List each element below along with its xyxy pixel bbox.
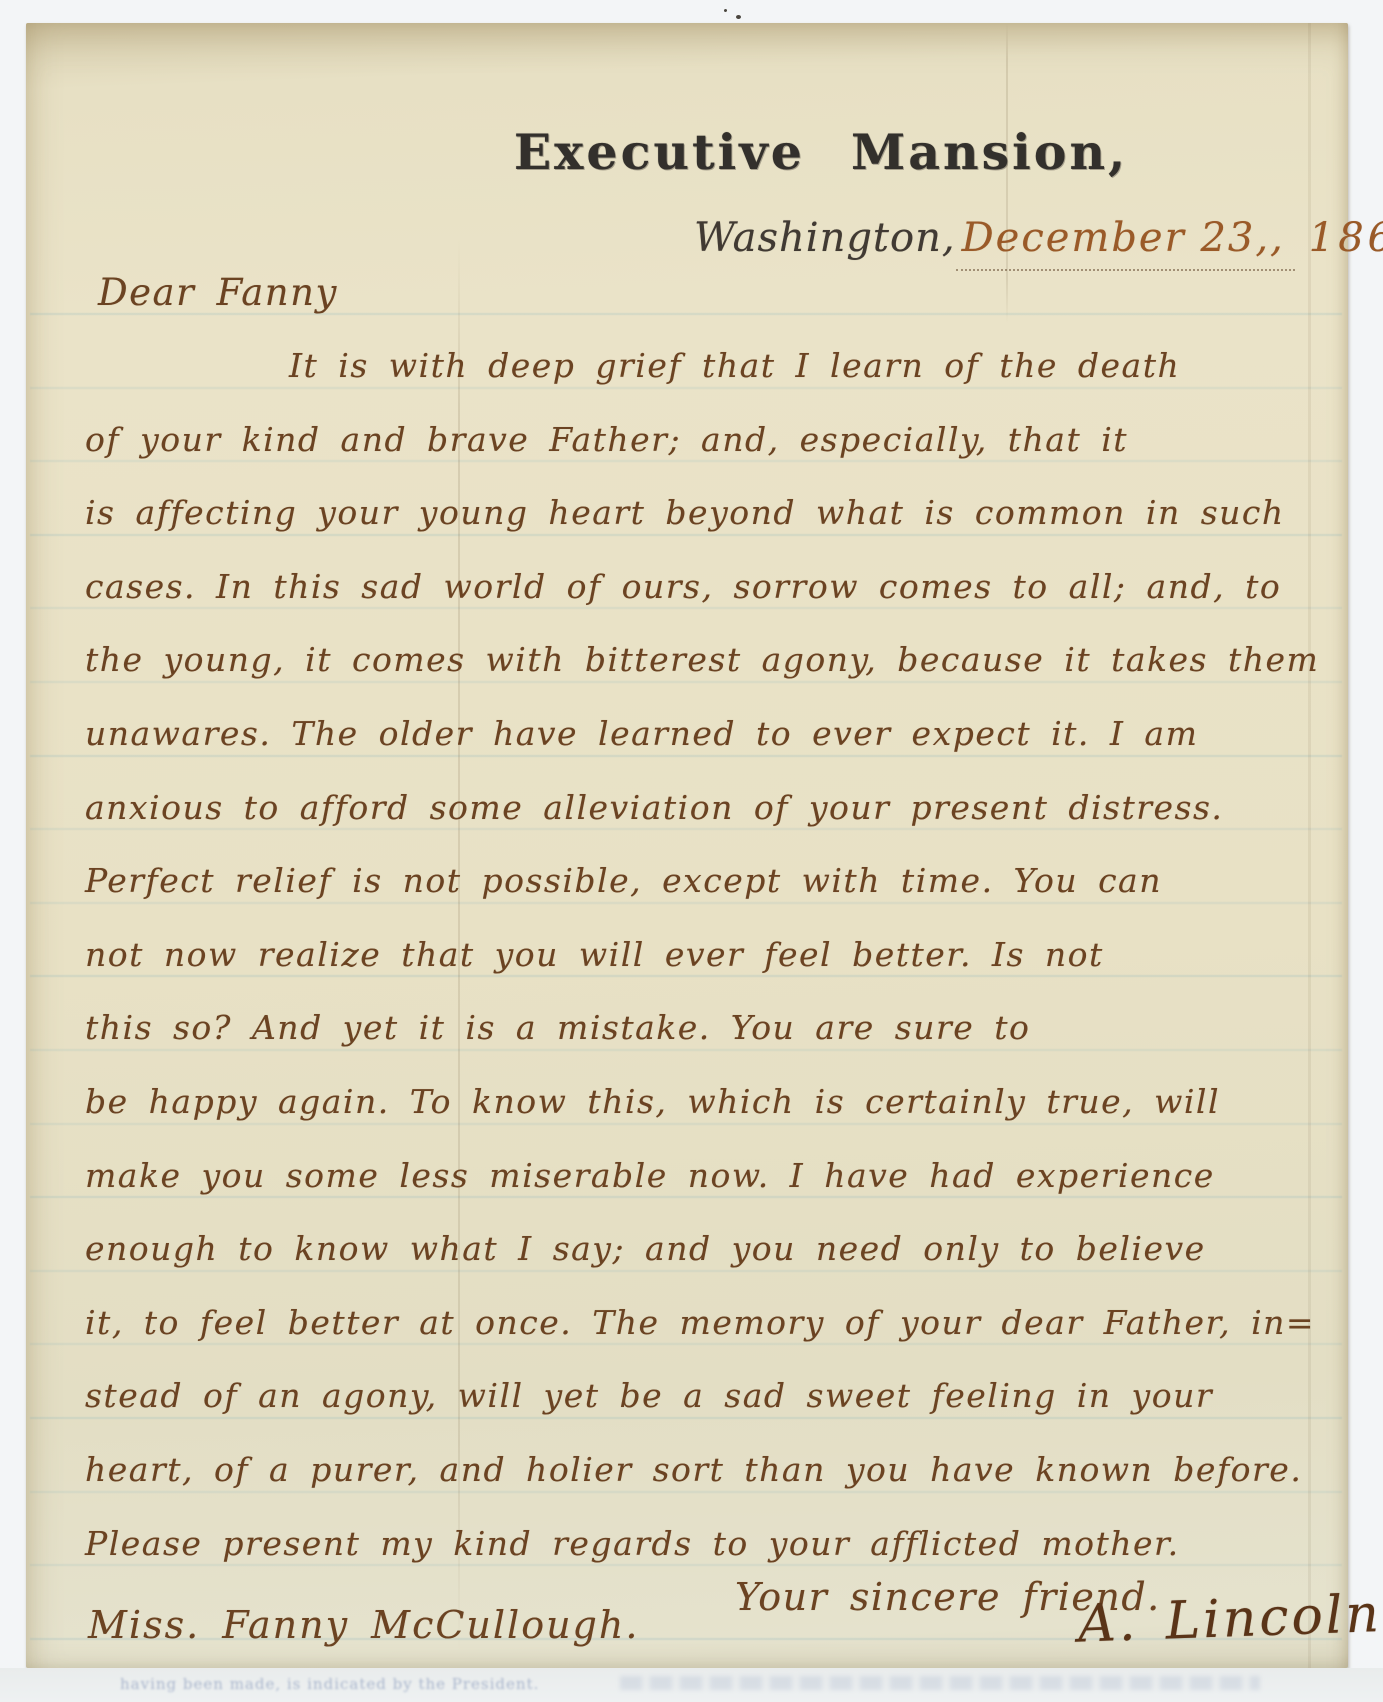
letter-line: the young, it comes with bitterest agony… — [85, 640, 1319, 679]
letter-line: enough to know what I say; and you need … — [85, 1229, 1206, 1268]
letter-line: it, to feel better at once. The memory o… — [85, 1303, 1315, 1342]
letter-line: Perfect relief is not possible, except w… — [85, 861, 1162, 900]
letter-line: heart, of a purer, and holier sort than … — [85, 1450, 1302, 1489]
signature: A. Lincoln. — [1077, 1583, 1383, 1654]
print-through-strip: having been made, is indicated by the Pr… — [0, 1668, 1383, 1702]
letter-line: unawares. The older have learned to ever… — [85, 714, 1198, 753]
letter-line: not now realize that you will ever feel … — [85, 935, 1104, 974]
ink-speck — [724, 9, 728, 13]
letter-line: is affecting your young heart beyond wha… — [85, 493, 1285, 532]
letter-line: of your kind and brave Father; and, espe… — [85, 420, 1128, 459]
letter-line: It is with deep grief that I learn of th… — [289, 346, 1180, 385]
ink-speck — [736, 15, 741, 19]
letter-line: stead of an agony, will yet be a sad swe… — [85, 1376, 1213, 1415]
letter-line: Please present my kind regards to your a… — [85, 1524, 1180, 1563]
letter-line: cases. In this sad world of ours, sorrow… — [85, 567, 1281, 606]
letter-body: It is with deep grief that I learn of th… — [26, 23, 1348, 1668]
letter-line: make you some less miserable now. I have… — [85, 1156, 1215, 1195]
print-through-blur — [620, 1676, 1260, 1690]
letter-line: be happy again. To know this, which is c… — [85, 1082, 1220, 1121]
addressee-line: Miss. Fanny McCullough. — [88, 1603, 639, 1647]
letter-line: anxious to afford some alleviation of yo… — [85, 788, 1223, 827]
letter-paper: Executive Mansion, Washington,December 2… — [26, 23, 1348, 1668]
print-through-text: having been made, is indicated by the Pr… — [120, 1675, 539, 1693]
scanned-letter-page: Executive Mansion, Washington,December 2… — [0, 0, 1383, 1702]
letter-line: this so? And yet it is a mistake. You ar… — [85, 1008, 1030, 1047]
